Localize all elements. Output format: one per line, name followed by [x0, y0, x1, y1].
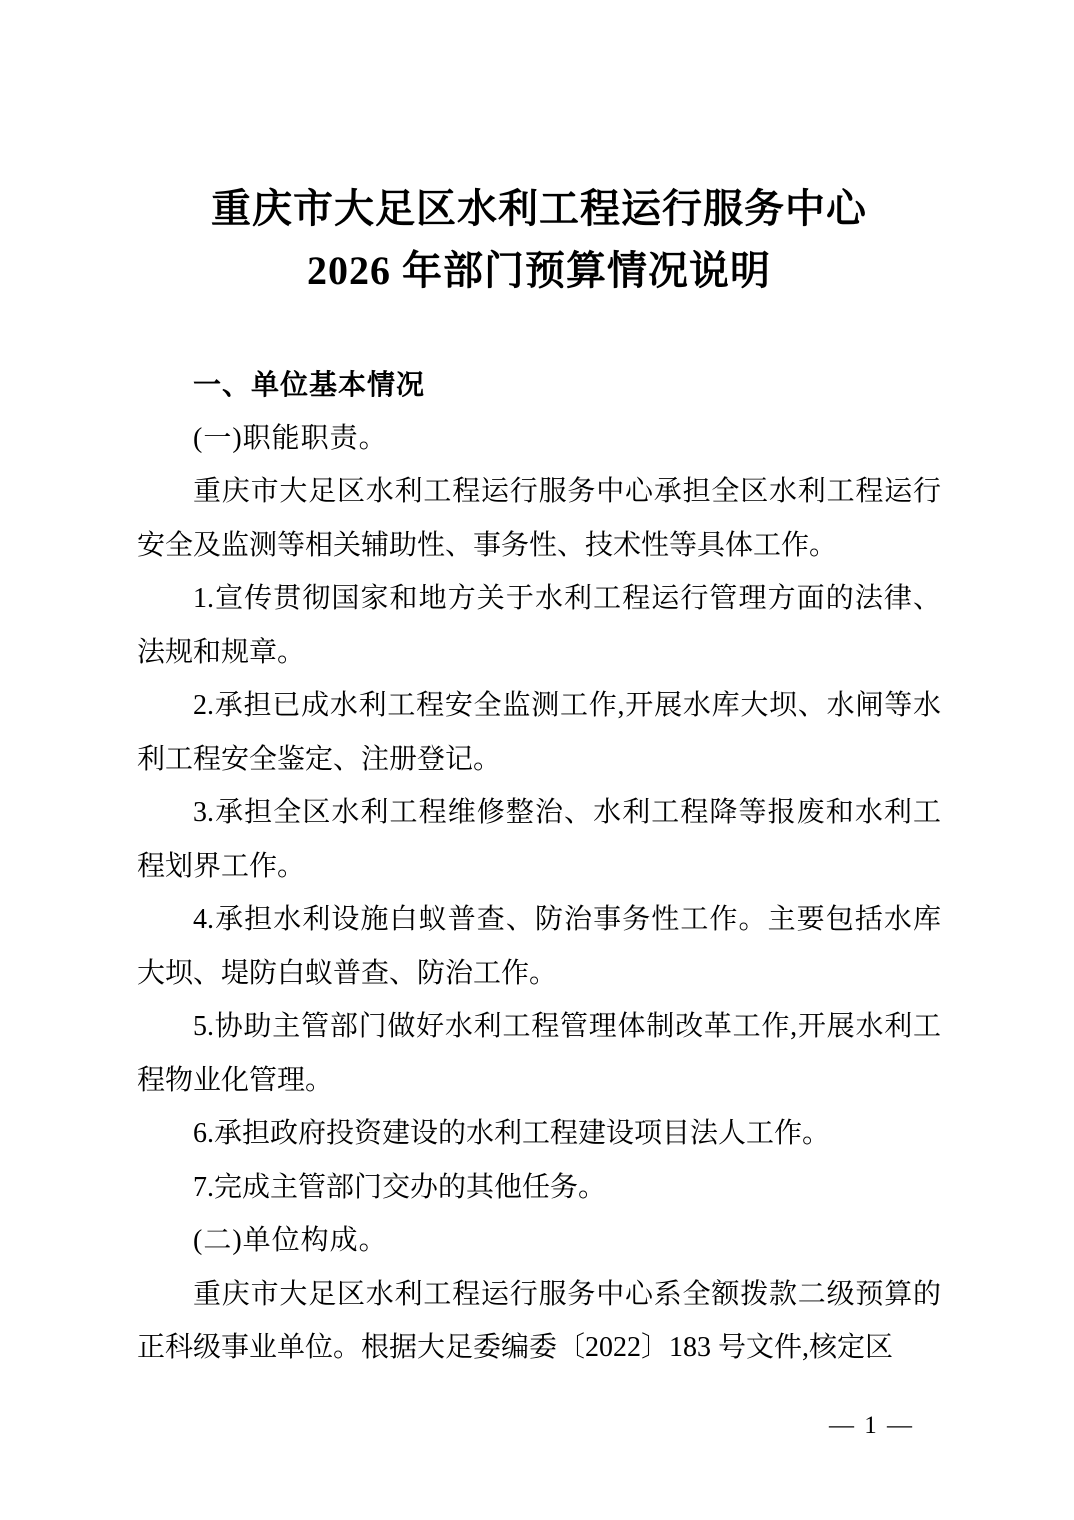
title-line-1: 重庆市大足区水利工程运行服务中心	[137, 178, 941, 240]
document-title: 重庆市大足区水利工程运行服务中心 2026 年部门预算情况说明	[137, 178, 941, 302]
paragraph: 6.承担政府投资建设的水利工程建设项目法人工作。	[137, 1107, 941, 1161]
section-heading: 一、单位基本情况	[137, 358, 941, 412]
paragraph: 3.承担全区水利工程维修整治、水利工程降等报废和水利工程划界工作。	[137, 786, 941, 893]
title-line-2: 2026 年部门预算情况说明	[137, 240, 941, 302]
paragraph: 5.协助主管部门做好水利工程管理体制改革工作,开展水利工程物业化管理。	[137, 1000, 941, 1107]
paragraph: 7.完成主管部门交办的其他任务。	[137, 1161, 941, 1215]
paragraph: 重庆市大足区水利工程运行服务中心系全额拨款二级预算的正科级事业单位。根据大足委编…	[137, 1268, 941, 1375]
document-body: 一、单位基本情况(一)职能职责。重庆市大足区水利工程运行服务中心承担全区水利工程…	[137, 358, 941, 1375]
paragraph: 1.宣传贯彻国家和地方关于水利工程运行管理方面的法律、法规和规章。	[137, 572, 941, 679]
page-content: 重庆市大足区水利工程运行服务中心 2026 年部门预算情况说明 一、单位基本情况…	[0, 178, 1074, 1375]
paragraph: 4.承担水利设施白蚁普查、防治事务性工作。主要包括水库大坝、堤防白蚁普查、防治工…	[137, 893, 941, 1000]
page-number: — 1 —	[829, 1412, 914, 1440]
document-page: { "title": { "line1": "重庆市大足区水利工程运行服务中心"…	[0, 0, 1074, 1520]
section-heading: (二)单位构成。	[137, 1214, 941, 1268]
section-heading: (一)职能职责。	[137, 412, 941, 466]
paragraph: 2.承担已成水利工程安全监测工作,开展水库大坝、水闸等水利工程安全鉴定、注册登记…	[137, 679, 941, 786]
paragraph: 重庆市大足区水利工程运行服务中心承担全区水利工程运行安全及监测等相关辅助性、事务…	[137, 465, 941, 572]
